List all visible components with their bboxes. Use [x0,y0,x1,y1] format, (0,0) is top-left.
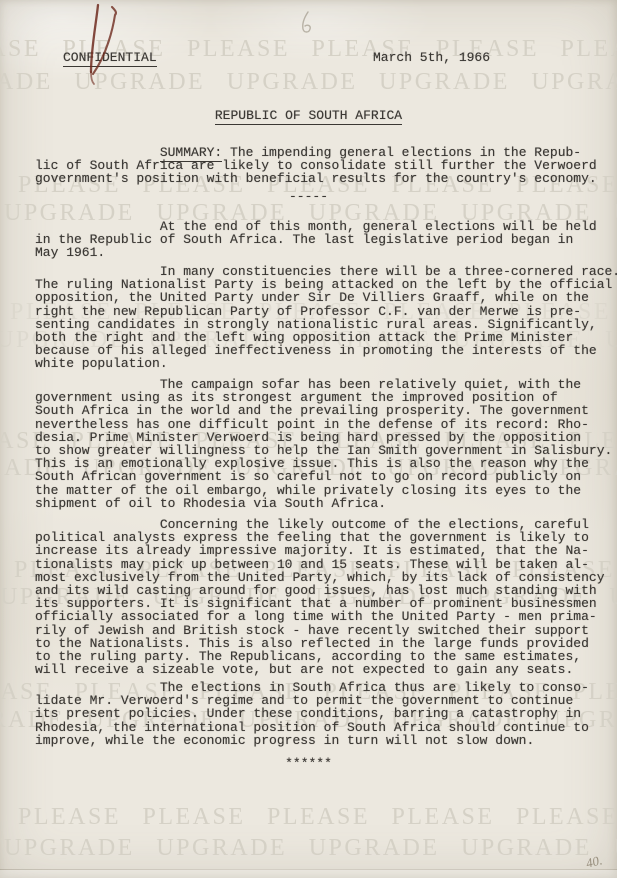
date-label: March 5th, 1966 [373,51,490,64]
watermark-text: PLEASE PLEASE PLEASE PLEASE PLEASE PLEAS… [18,804,617,830]
pencil-mark [296,10,318,36]
scanned-document-page: PLEASE PLEASE PLEASE PLEASE PLEASE PLEAS… [0,0,617,878]
footer-asterisks: ****** [0,757,617,770]
body-paragraph-1: At the end of this month, general electi… [35,220,597,260]
classification-text: CONFIDENTIAL [63,50,157,67]
body-paragraph-4: Concerning the likely outcome of the ele… [35,518,605,676]
body-paragraph-2: In many constituencies there will be a t… [35,265,617,371]
summary-line3: government's position with beneficial re… [35,171,597,186]
paper-crease-highlight [0,870,617,878]
classification-label: CONFIDENTIAL [63,51,157,64]
section-separator: ----- [0,190,617,203]
watermark-text: UPGRADE UPGRADE UPGRADE UPGRADE UPGRADE … [0,69,617,95]
body-paragraph-3: The campaign sofar has been relatively q… [35,378,612,510]
watermark-text: UPGRADE UPGRADE UPGRADE UPGRADE UPGRADE … [4,835,617,861]
summary-paragraph: SUMMARY: The impending general elections… [35,146,597,186]
body-paragraph-5: The elections in South Africa thus are l… [35,681,589,747]
page-title-text: REPUBLIC OF SOUTH AFRICA [215,108,402,125]
page-title: REPUBLIC OF SOUTH AFRICA [0,109,617,122]
